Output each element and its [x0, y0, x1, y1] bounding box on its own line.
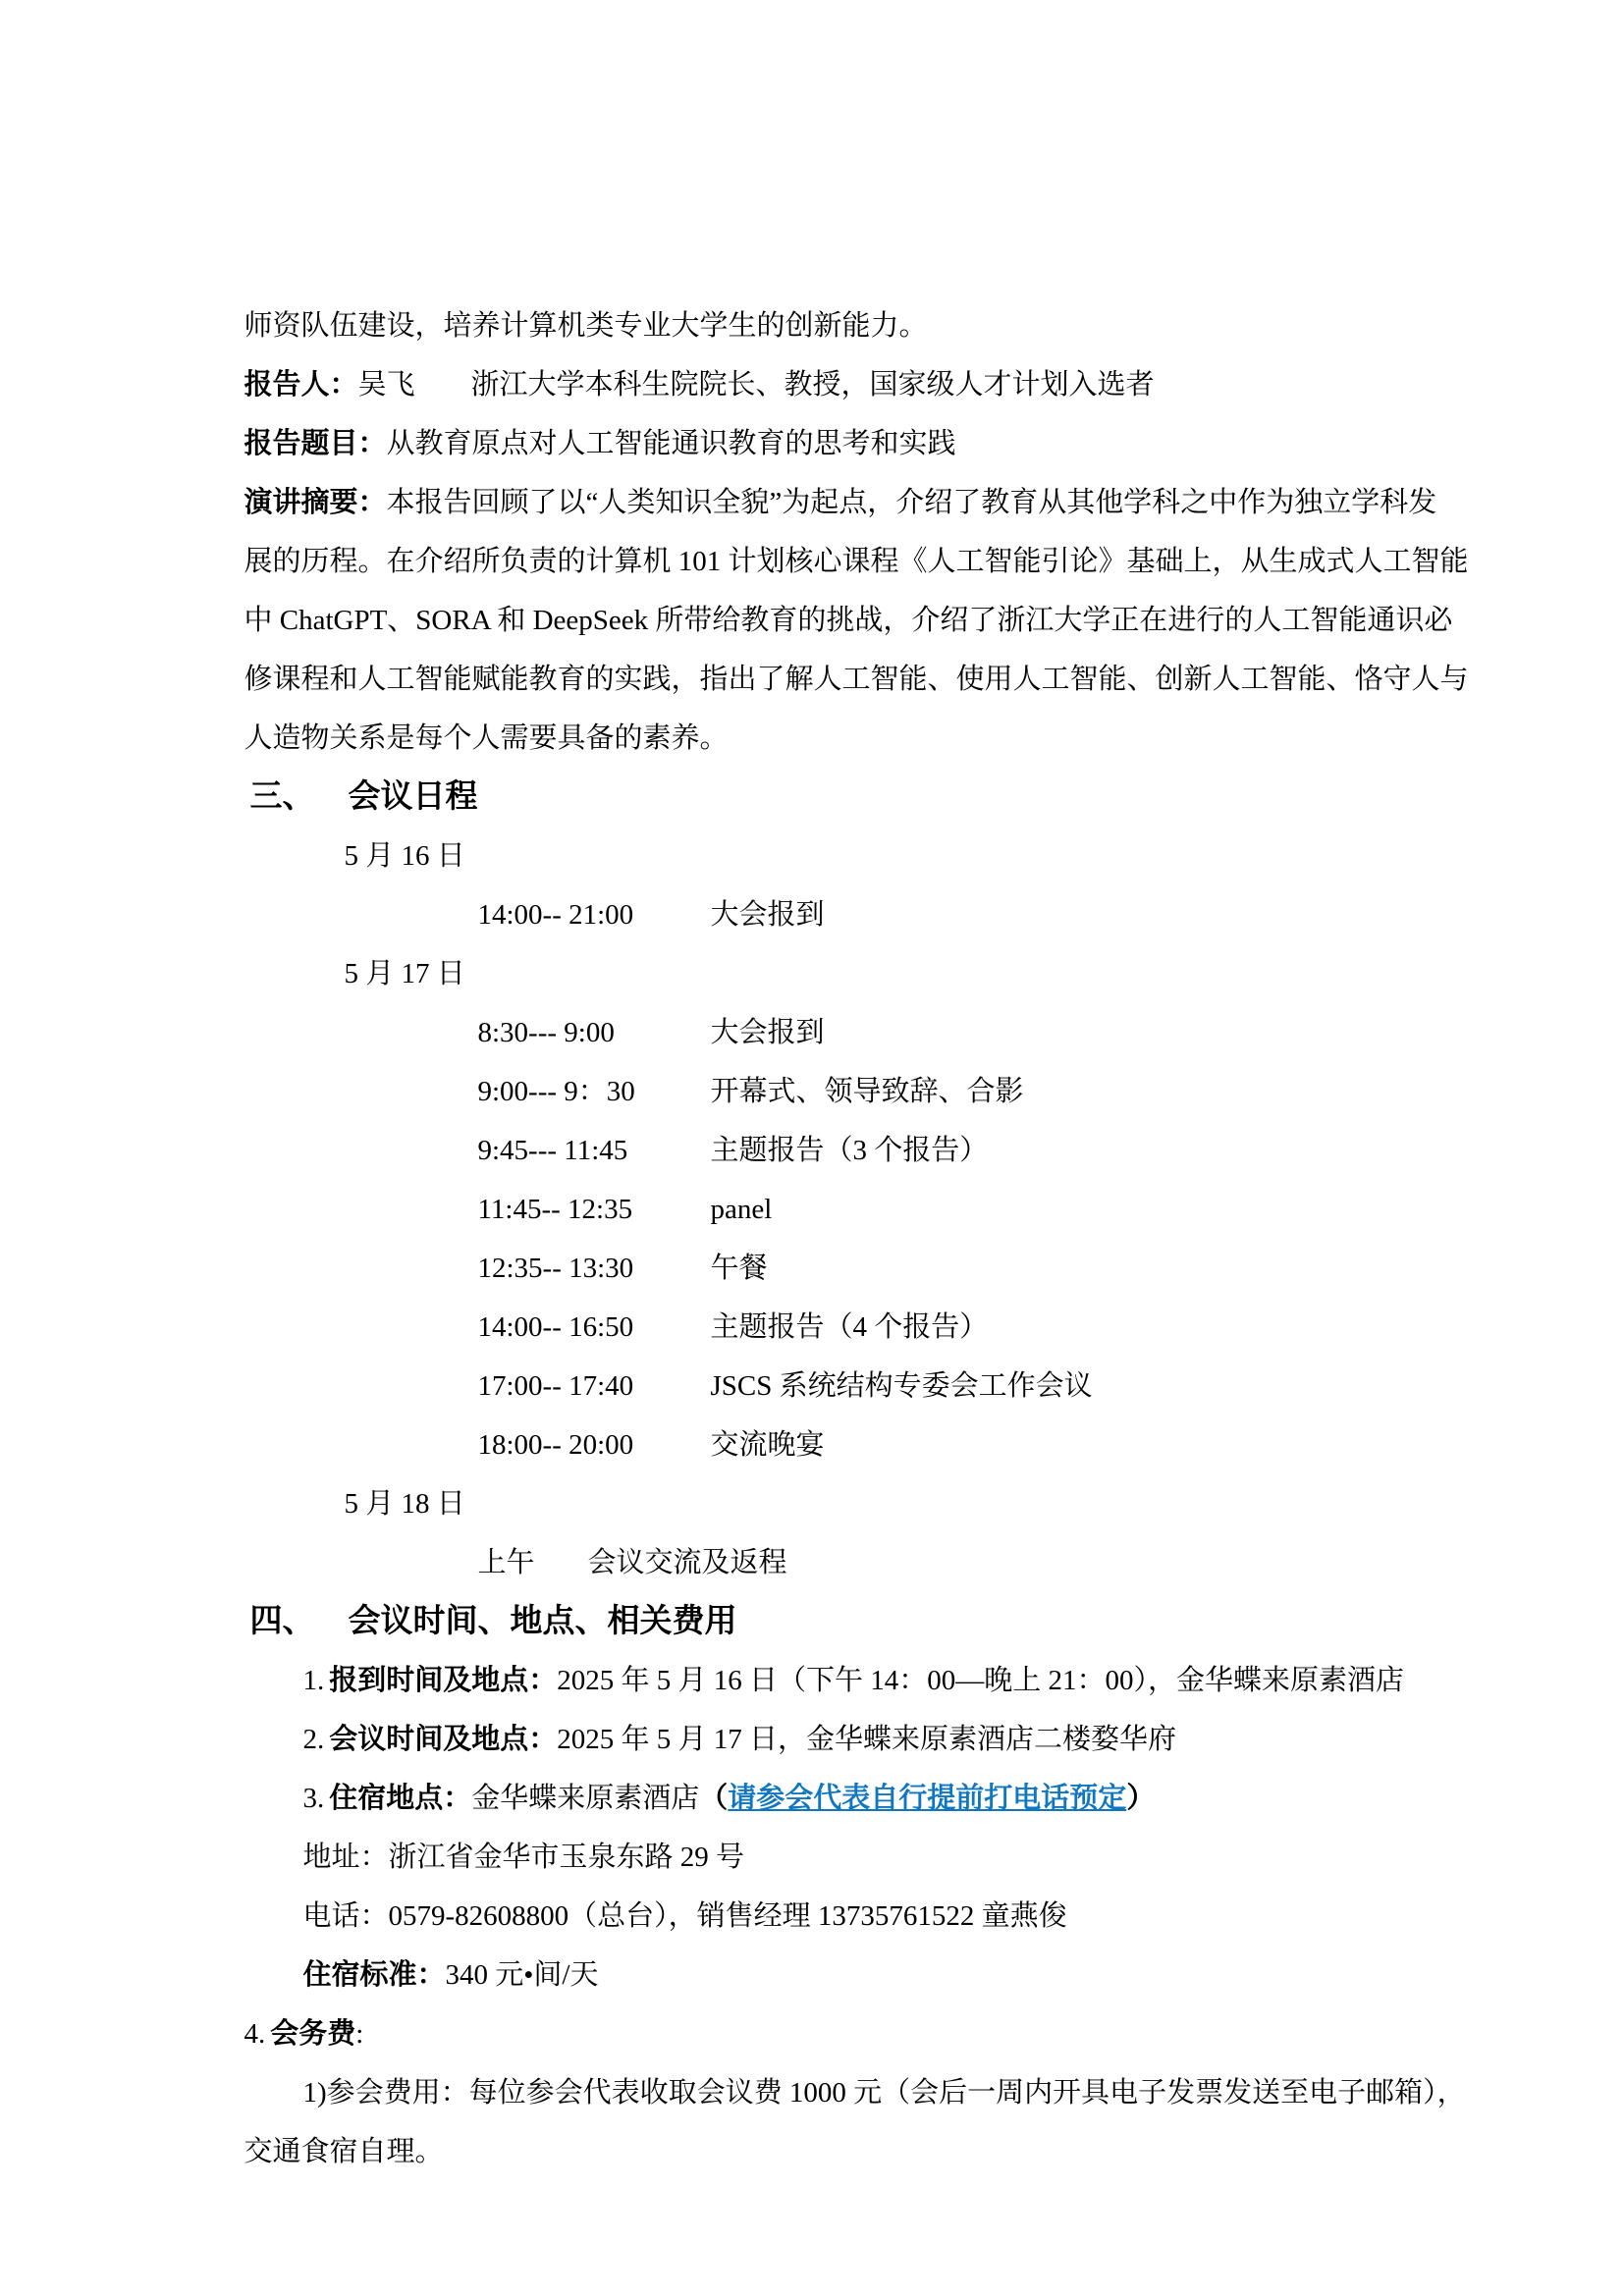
info-item-text: 金华蝶来原素酒店 — [471, 1783, 699, 1814]
speaker-name: 吴飞 — [358, 369, 415, 400]
agenda-time: 11:45-- 12:35 — [478, 1180, 711, 1239]
section-heading-info: 四、会议时间、地点、相关费用 — [201, 1533, 1507, 1592]
abstract-text-4: 修课程和人工智能赋能教育的实践，指出了解人工智能、使用人工智能、创新人工智能、恪… — [244, 664, 1469, 695]
fee-colon: : — [355, 2018, 363, 2050]
fee-label: 会务费 — [270, 2018, 355, 2050]
info-item-number: 3. — [303, 1783, 325, 1814]
agenda-date-text: 5 月 16 日 — [345, 840, 465, 872]
paren-open: （ — [699, 1783, 728, 1814]
agenda-time: 18:00-- 20:00 — [478, 1415, 711, 1474]
info-item-text: 2025 年 5 月 16 日（下午 14：00—晚上 21：00），金华蝶来原… — [557, 1665, 1404, 1696]
phone-reservation-link[interactable]: 请参会代表自行提前打电话预定 — [728, 1783, 1126, 1814]
report-title-label: 报告题目： — [244, 428, 387, 459]
agenda-time: 9:00--- 9：30 — [478, 1062, 711, 1121]
agenda-date-text: 5 月 17 日 — [345, 958, 465, 989]
agenda-activity: 主题报告（4 个报告） — [711, 1311, 989, 1343]
agenda-row: 12:35-- 13:30午餐 — [201, 1180, 1507, 1239]
agenda-activity: 午餐 — [711, 1253, 768, 1284]
agenda-time: 14:00-- 21:00 — [478, 885, 711, 944]
report-title-text: 从教育原点对人工智能通识教育的思考和实践 — [387, 428, 956, 459]
phone-text: 0579-82608800（总台），销售经理 13735761522 童燕俊 — [389, 1900, 1067, 1932]
agenda-activity: panel — [711, 1194, 773, 1225]
info-item-label: 会议时间及地点： — [329, 1724, 557, 1755]
agenda-activity: 主题报告（3 个报告） — [711, 1135, 989, 1166]
agenda-activity: 开幕式、领导致辞、合影 — [711, 1076, 1024, 1107]
document-content: 师资队伍建设，培养计算机类专业大学生的创新能力。 报告人：吴飞浙江大学本科生院院… — [201, 238, 1507, 2122]
fee-detail-line-1: 1)参会费用：每位参会代表收取会议费 1000 元（会后一周内开具电子发票发送至… — [201, 2004, 1507, 2063]
agenda-time: 8:30--- 9:00 — [478, 1003, 711, 1062]
agenda-time: 上午 — [478, 1533, 588, 1592]
agenda-activity: 交流晚宴 — [711, 1429, 825, 1461]
section-title-info: 会议时间、地点、相关费用 — [349, 1604, 737, 1639]
phone-label: 电话： — [303, 1900, 389, 1932]
agenda-date-text: 5 月 18 日 — [345, 1488, 465, 1520]
info-item-label: 住宿地点： — [329, 1783, 471, 1814]
fee-number: 4. — [244, 2018, 266, 2050]
agenda-time: 9:45--- 11:45 — [478, 1121, 711, 1180]
agenda-time: 17:00-- 17:40 — [478, 1357, 711, 1415]
abstract-text-1: 本报告回顾了以“人类知识全貌”为起点，介绍了教育从其他学科之中作为独立学科发 — [387, 487, 1437, 518]
fee-detail-text-1: 1)参会费用：每位参会代表收取会议费 1000 元（会后一周内开具电子发票发送至… — [303, 2077, 1466, 2109]
intro-text: 师资队伍建设，培养计算机类专业大学生的创新能力。 — [244, 310, 928, 342]
section-number-4: 四、 — [250, 1592, 349, 1651]
agenda-activity: 大会报到 — [711, 899, 825, 931]
address-label: 地址： — [303, 1842, 389, 1873]
agenda-activity: 会议交流及返程 — [588, 1547, 787, 1578]
info-item-text: 2025 年 5 月 17 日，金华蝶来原素酒店二楼婺华府 — [557, 1724, 1176, 1755]
section-title-agenda: 会议日程 — [349, 779, 478, 815]
info-item-number: 2. — [303, 1724, 325, 1755]
agenda-date: 5 月 17 日 — [201, 885, 1507, 944]
lodging-standard-label: 住宿标准： — [303, 1959, 446, 1991]
agenda-activity: JSCS 系统结构专委会工作会议 — [711, 1370, 1093, 1402]
intro-line: 师资队伍建设，培养计算机类专业大学生的创新能力。 — [201, 238, 1507, 296]
fee-detail-text-2: 交通食宿自理。 — [244, 2136, 444, 2167]
abstract-label: 演讲摘要： — [244, 487, 387, 518]
lodging-standard-text: 340 元•间/天 — [446, 1959, 599, 1991]
address-text: 浙江省金华市玉泉东路 29 号 — [389, 1842, 745, 1873]
agenda-date: 5 月 18 日 — [201, 1415, 1507, 1474]
speaker-label: 报告人： — [244, 369, 358, 400]
document-page: 师资队伍建设，培养计算机类专业大学生的创新能力。 报告人：吴飞浙江大学本科生院院… — [0, 0, 1624, 2296]
abstract-text-3: 中 ChatGPT、SORA 和 DeepSeek 所带给教育的挑战，介绍了浙江… — [244, 605, 1453, 636]
agenda-row: 9:00--- 9：30开幕式、领导致辞、合影 — [201, 1003, 1507, 1062]
abstract-text-5: 人造物关系是每个人需要具备的素养。 — [244, 722, 729, 754]
agenda-row: 14:00-- 16:50主题报告（4 个报告） — [201, 1239, 1507, 1298]
info-item-number: 1. — [303, 1665, 325, 1696]
abstract-text-2: 展的历程。在介绍所负责的计算机 101 计划核心课程《人工智能引论》基础上，从生… — [244, 546, 1469, 577]
info-item-label: 报到时间及地点： — [329, 1665, 557, 1696]
section-number-3: 三、 — [250, 768, 349, 827]
paren-close: ） — [1126, 1783, 1155, 1814]
agenda-activity: 大会报到 — [711, 1017, 825, 1048]
speaker-affiliation: 浙江大学本科生院院长、教授，国家级人才计划入选者 — [471, 369, 1155, 400]
agenda-time: 12:35-- 13:30 — [478, 1239, 711, 1298]
agenda-time: 14:00-- 16:50 — [478, 1298, 711, 1357]
